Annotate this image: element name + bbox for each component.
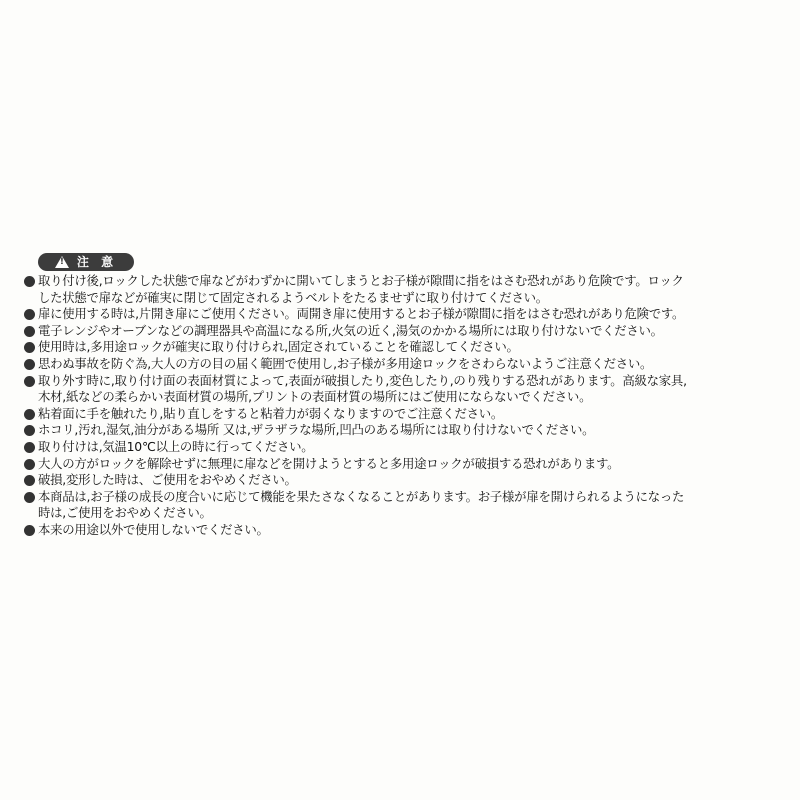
caution-item-text: 粘着面に手を触れたり,貼り直しをすると粘着力が弱くなりますのでご注意ください。 [38,406,784,423]
caution-item-text: 本来の用途以外で使用しないでください。 [38,522,784,539]
caution-item-text: 木材,紙などの柔らかい表面材質の場所,プリントの表面材質の場所にはご使用にならな… [38,389,784,406]
bullet-circle-icon [24,492,35,503]
caution-item: 取り付け後,ロックした状態で扉などがわずかに開いてしまうとお子様が隙間に指をはさ… [24,273,784,306]
bullet-circle-icon [24,525,35,536]
bullet-circle-icon [24,475,35,486]
caution-item-text: 破損,変形した時は、ご使用をおやめください。 [38,472,784,489]
caution-item-text: 扉に使用する時は,片開き扉にご使用ください。両開き扉に使用するとお子様が隙間に指… [38,306,784,323]
caution-item-text: 電子レンジやオーブンなどの調理器具や高温になる所,火気の近く,湯気のかかる場所に… [38,323,784,340]
caution-item: 電子レンジやオーブンなどの調理器具や高温になる所,火気の近く,湯気のかかる場所に… [24,323,784,340]
caution-item: 本来の用途以外で使用しないでください。 [24,522,784,539]
caution-list: 取り付け後,ロックした状態で扉などがわずかに開いてしまうとお子様が隙間に指をはさ… [24,273,784,539]
caution-item: 粘着面に手を触れたり,貼り直しをすると粘着力が弱くなりますのでご注意ください。 [24,406,784,423]
caution-badge: 注 意 [38,253,134,271]
caution-item: 大人の方がロックを解除せずに無理に扉などを開けようとすると多用途ロックが破損する… [24,456,784,473]
bullet-circle-icon [24,425,35,436]
warning-triangle-icon [55,256,69,268]
caution-item-text: 取り外す時に,取り付け面の表面材質によって,表面が破損したり,変色したり,のり残… [38,373,784,390]
caution-item-text: 思わぬ事故を防ぐ為,大人の方の目の届く範囲で使用し,お子様が多用途ロックをさわら… [38,356,784,373]
bullet-circle-icon [24,342,35,353]
caution-item-text: 取り付けは,気温10℃以上の時に行ってください。 [38,439,784,456]
bullet-circle-icon [24,459,35,470]
caution-item: ホコリ,汚れ,湿気,油分がある場所 又は,ザラザラな場所,凹凸のある場所には取り… [24,422,784,439]
caution-item: 破損,変形した時は、ご使用をおやめください。 [24,472,784,489]
caution-item: 使用時は,多用途ロックが確実に取り付けられ,固定されていることを確認してください… [24,339,784,356]
caution-item-text: 大人の方がロックを解除せずに無理に扉などを開けようとすると多用途ロックが破損する… [38,456,784,473]
caution-item-text: ホコリ,汚れ,湿気,油分がある場所 又は,ザラザラな場所,凹凸のある場所には取り… [38,422,784,439]
caution-item-text: した状態で扉などが確実に閉じて固定されるようベルトをたるませずに取り付けてくださ… [38,290,784,307]
caution-item-text: 本商品は,お子様の成長の度合いに応じて機能を果たさなくなることがあります。お子様… [38,489,784,506]
bullet-circle-icon [24,309,35,320]
bullet-circle-icon [24,409,35,420]
caution-item: 取り外す時に,取り付け面の表面材質によって,表面が破損したり,変色したり,のり残… [24,373,784,406]
caution-notice: 注 意 取り付け後,ロックした状態で扉などがわずかに開いてしまうとお子様が隙間に… [24,253,784,539]
bullet-circle-icon [24,326,35,337]
bullet-circle-icon [24,276,35,287]
bullet-circle-icon [24,376,35,387]
caution-badge-label: 注 意 [77,253,117,271]
caution-item-text: 時は,ご使用をおやめください。 [38,505,784,522]
bullet-circle-icon [24,359,35,370]
bullet-circle-icon [24,442,35,453]
caution-item-text: 取り付け後,ロックした状態で扉などがわずかに開いてしまうとお子様が隙間に指をはさ… [38,273,784,290]
caution-item: 扉に使用する時は,片開き扉にご使用ください。両開き扉に使用するとお子様が隙間に指… [24,306,784,323]
caution-item: 思わぬ事故を防ぐ為,大人の方の目の届く範囲で使用し,お子様が多用途ロックをさわら… [24,356,784,373]
caution-item: 本商品は,お子様の成長の度合いに応じて機能を果たさなくなることがあります。お子様… [24,489,784,522]
caution-item-text: 使用時は,多用途ロックが確実に取り付けられ,固定されていることを確認してください… [38,339,784,356]
caution-item: 取り付けは,気温10℃以上の時に行ってください。 [24,439,784,456]
